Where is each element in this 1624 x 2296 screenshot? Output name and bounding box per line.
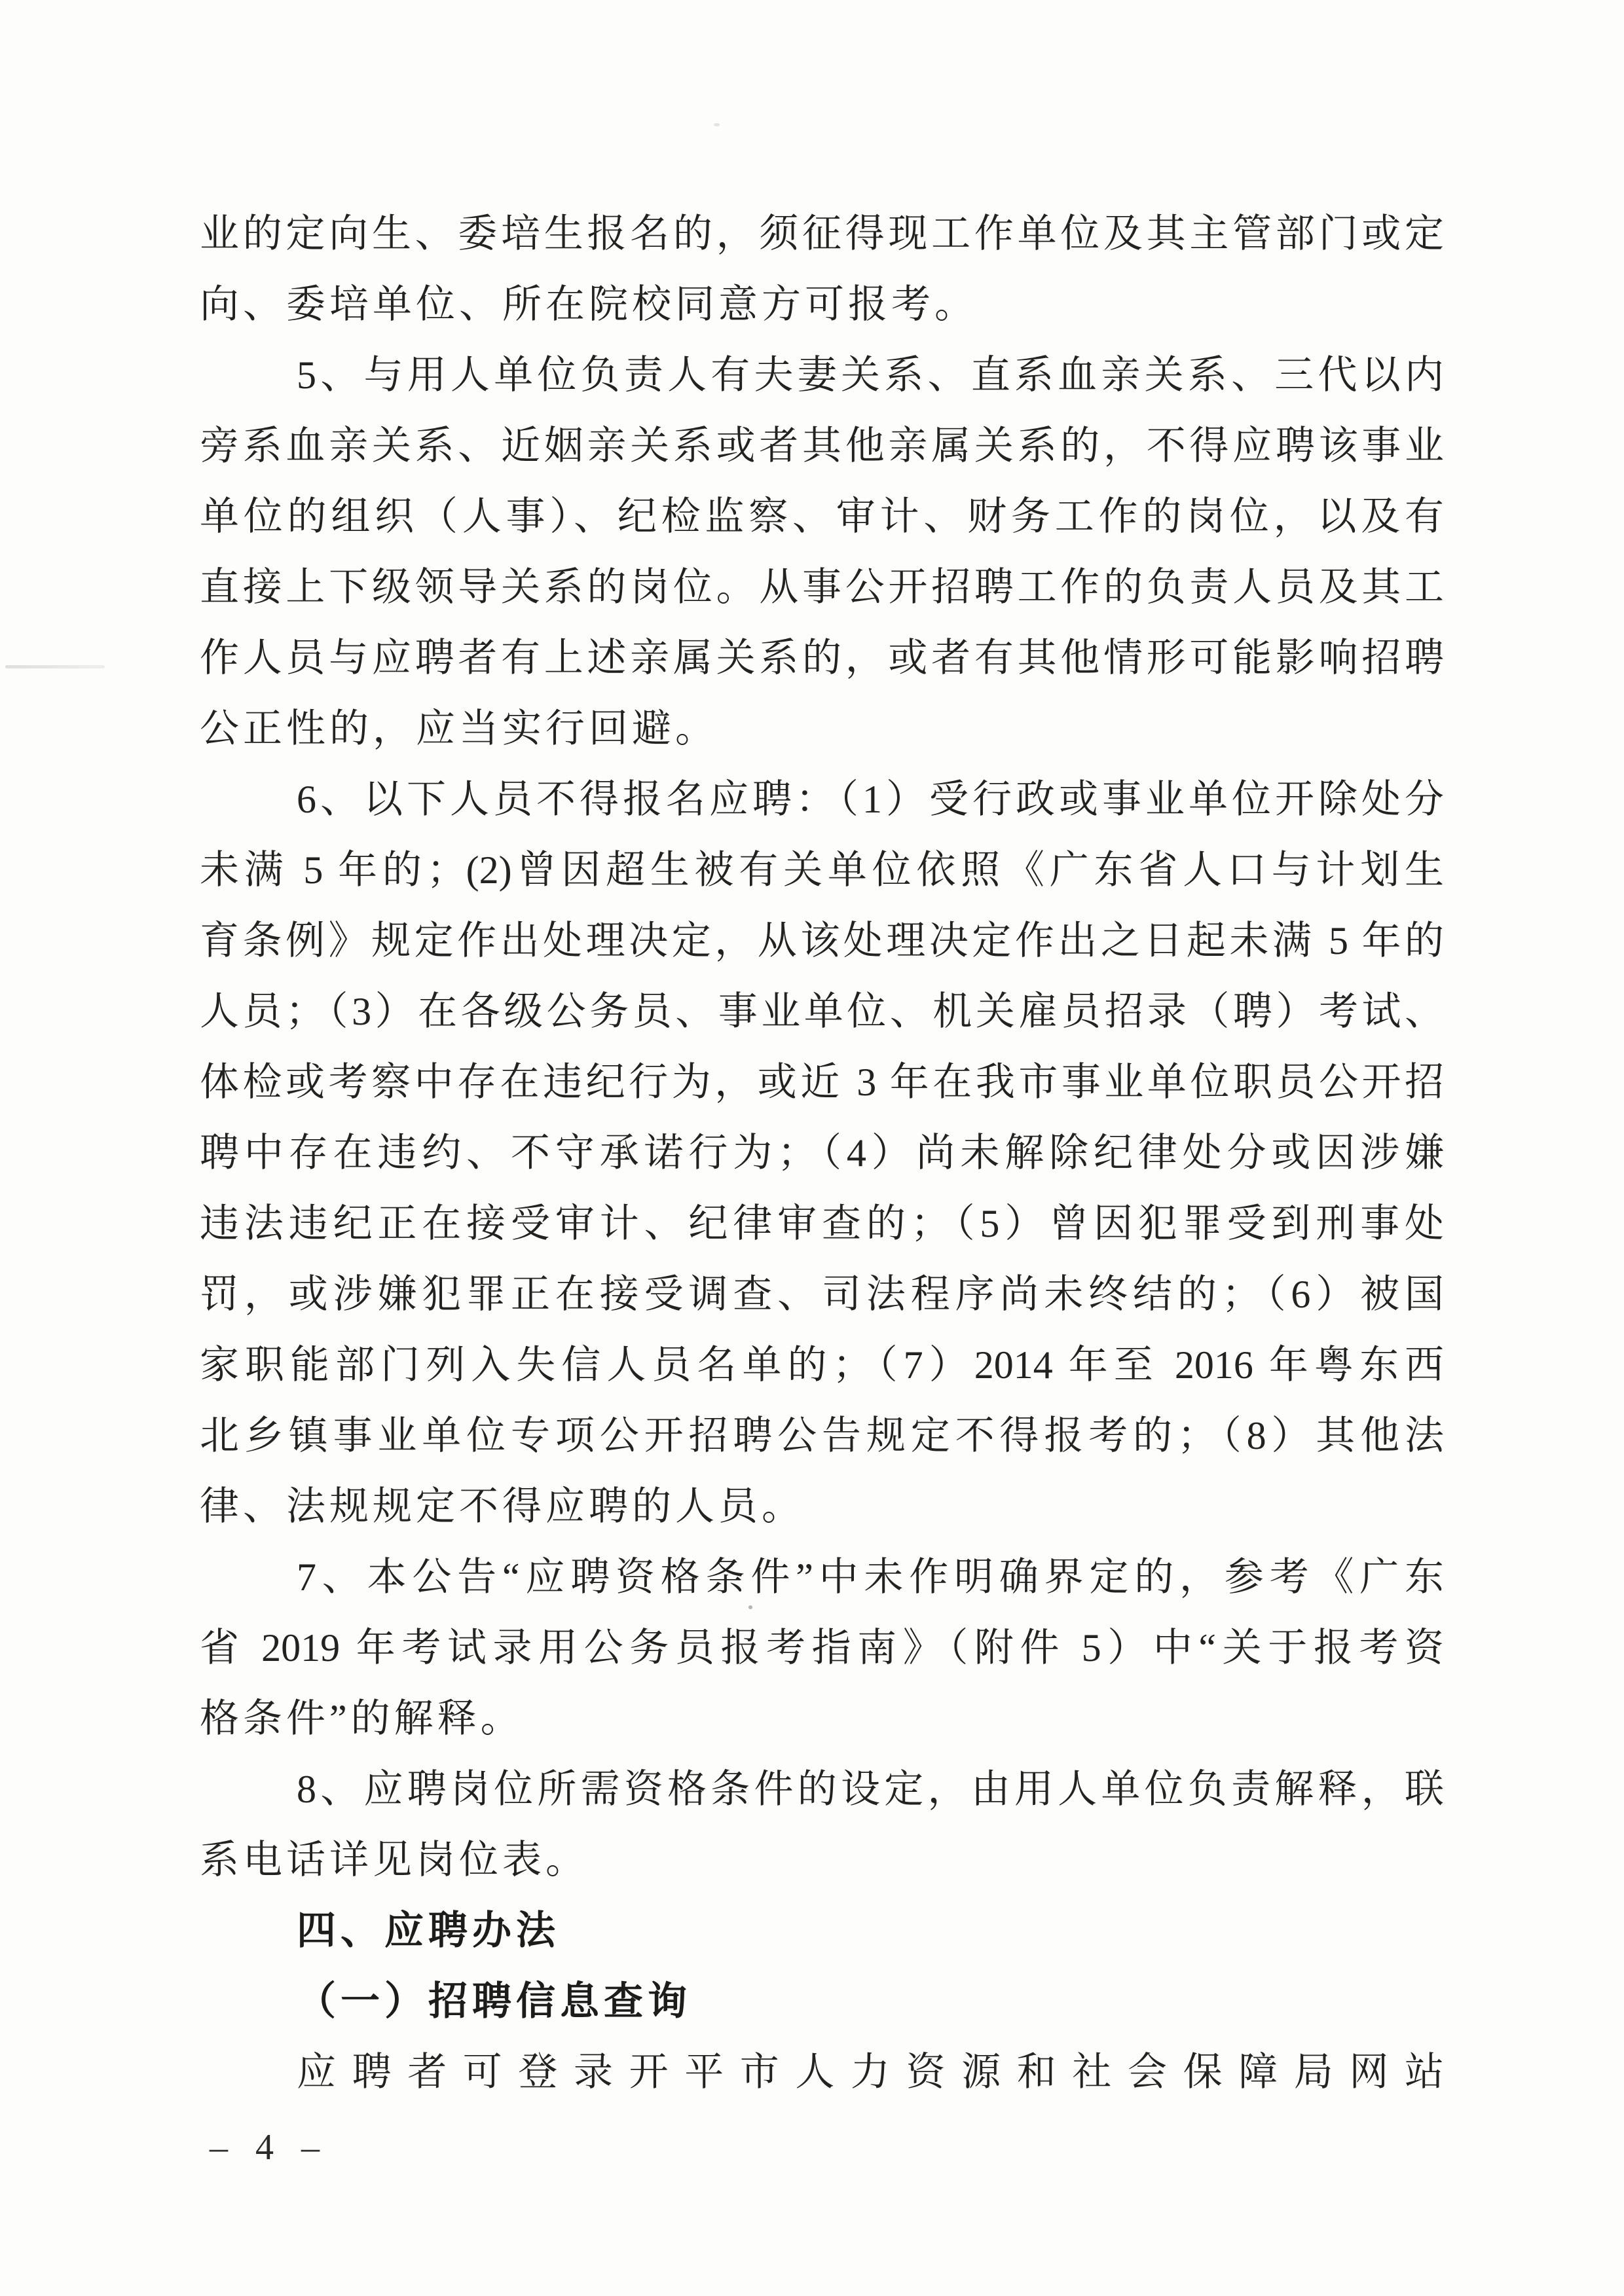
text-line: 业的定向生、委培生报名的，须征得现工作单位及其主管部门或定 [200, 198, 1444, 269]
text-line: 旁系血亲关系、近姻亲关系或者其他亲属关系的，不得应聘该事业 [200, 410, 1444, 481]
text-line: 应聘者可登录开平市人力资源和社会保障局网站 [200, 2037, 1444, 2107]
text-line: 家职能部门列入失信人员名单的；（7）2014 年至 2016 年粤东西 [200, 1330, 1444, 1400]
page-number: – 4 – [210, 2124, 329, 2170]
text-line: 省 2019 年考试录用公务员报考指南》（附件 5）中“关于报考资 [200, 1613, 1444, 1683]
document-body: 业的定向生、委培生报名的，须征得现工作单位及其主管部门或定 向、委培单位、所在院… [200, 198, 1444, 2107]
section-heading: 四、应聘办法 [200, 1895, 1444, 1966]
text-line: 体检或考察中存在违纪行为，或近 3 年在我市事业单位职员公开招 [200, 1047, 1444, 1118]
text-line: 公正性的，应当实行回避。 [200, 693, 1444, 764]
text-line: 未满 5 年的；(2)曾因超生被有关单位依照《广东省人口与计划生 [200, 835, 1444, 905]
text-line: 单位的组织（人事）、纪检监察、审计、财务工作的岗位，以及有 [200, 481, 1444, 552]
text-line: 8、应聘岗位所需资格条件的设定，由用人单位负责解释，联 [200, 1754, 1444, 1825]
text-line: 作人员与应聘者有上述亲属关系的，或者有其他情形可能影响招聘 [200, 623, 1444, 693]
text-line: 北乡镇事业单位专项公开招聘公告规定不得报考的；（8）其他法 [200, 1400, 1444, 1471]
subsection-heading: （一）招聘信息查询 [200, 1966, 1444, 2037]
text-line: 罚，或涉嫌犯罪正在接受调查、司法程序尚未终结的；（6）被国 [200, 1259, 1444, 1330]
scan-speck-artifact [714, 123, 720, 126]
text-line: 系电话详见岗位表。 [200, 1825, 1444, 1895]
text-line: 直接上下级领导关系的岗位。从事公开招聘工作的负责人员及其工 [200, 552, 1444, 623]
text-line: 违法违纪正在接受审计、纪律审查的；（5）曾因犯罪受到刑事处 [200, 1188, 1444, 1259]
text-line: 7、本公告“应聘资格条件”中未作明确界定的，参考《广东 [200, 1542, 1444, 1613]
text-line: 5、与用人单位负责人有夫妻关系、直系血亲关系、三代以内 [200, 340, 1444, 410]
text-line: 格条件”的解释。 [200, 1683, 1444, 1754]
text-line: 律、法规规定不得应聘的人员。 [200, 1471, 1444, 1542]
text-line: 人员；（3）在各级公务员、事业单位、机关雇员招录（聘）考试、 [200, 976, 1444, 1047]
scanned-page: 业的定向生、委培生报名的，须征得现工作单位及其主管部门或定 向、委培单位、所在院… [0, 0, 1624, 2296]
text-line: 6、以下人员不得报名应聘：（1）受行政或事业单位开除处分 [200, 764, 1444, 835]
scan-streak-artifact [5, 665, 105, 668]
text-line: 向、委培单位、所在院校同意方可报考。 [200, 269, 1444, 340]
text-line: 聘中存在违约、不守承诺行为；（4）尚未解除纪律处分或因涉嫌 [200, 1118, 1444, 1188]
text-line: 育条例》规定作出处理决定，从该处理决定作出之日起未满 5 年的 [200, 905, 1444, 976]
